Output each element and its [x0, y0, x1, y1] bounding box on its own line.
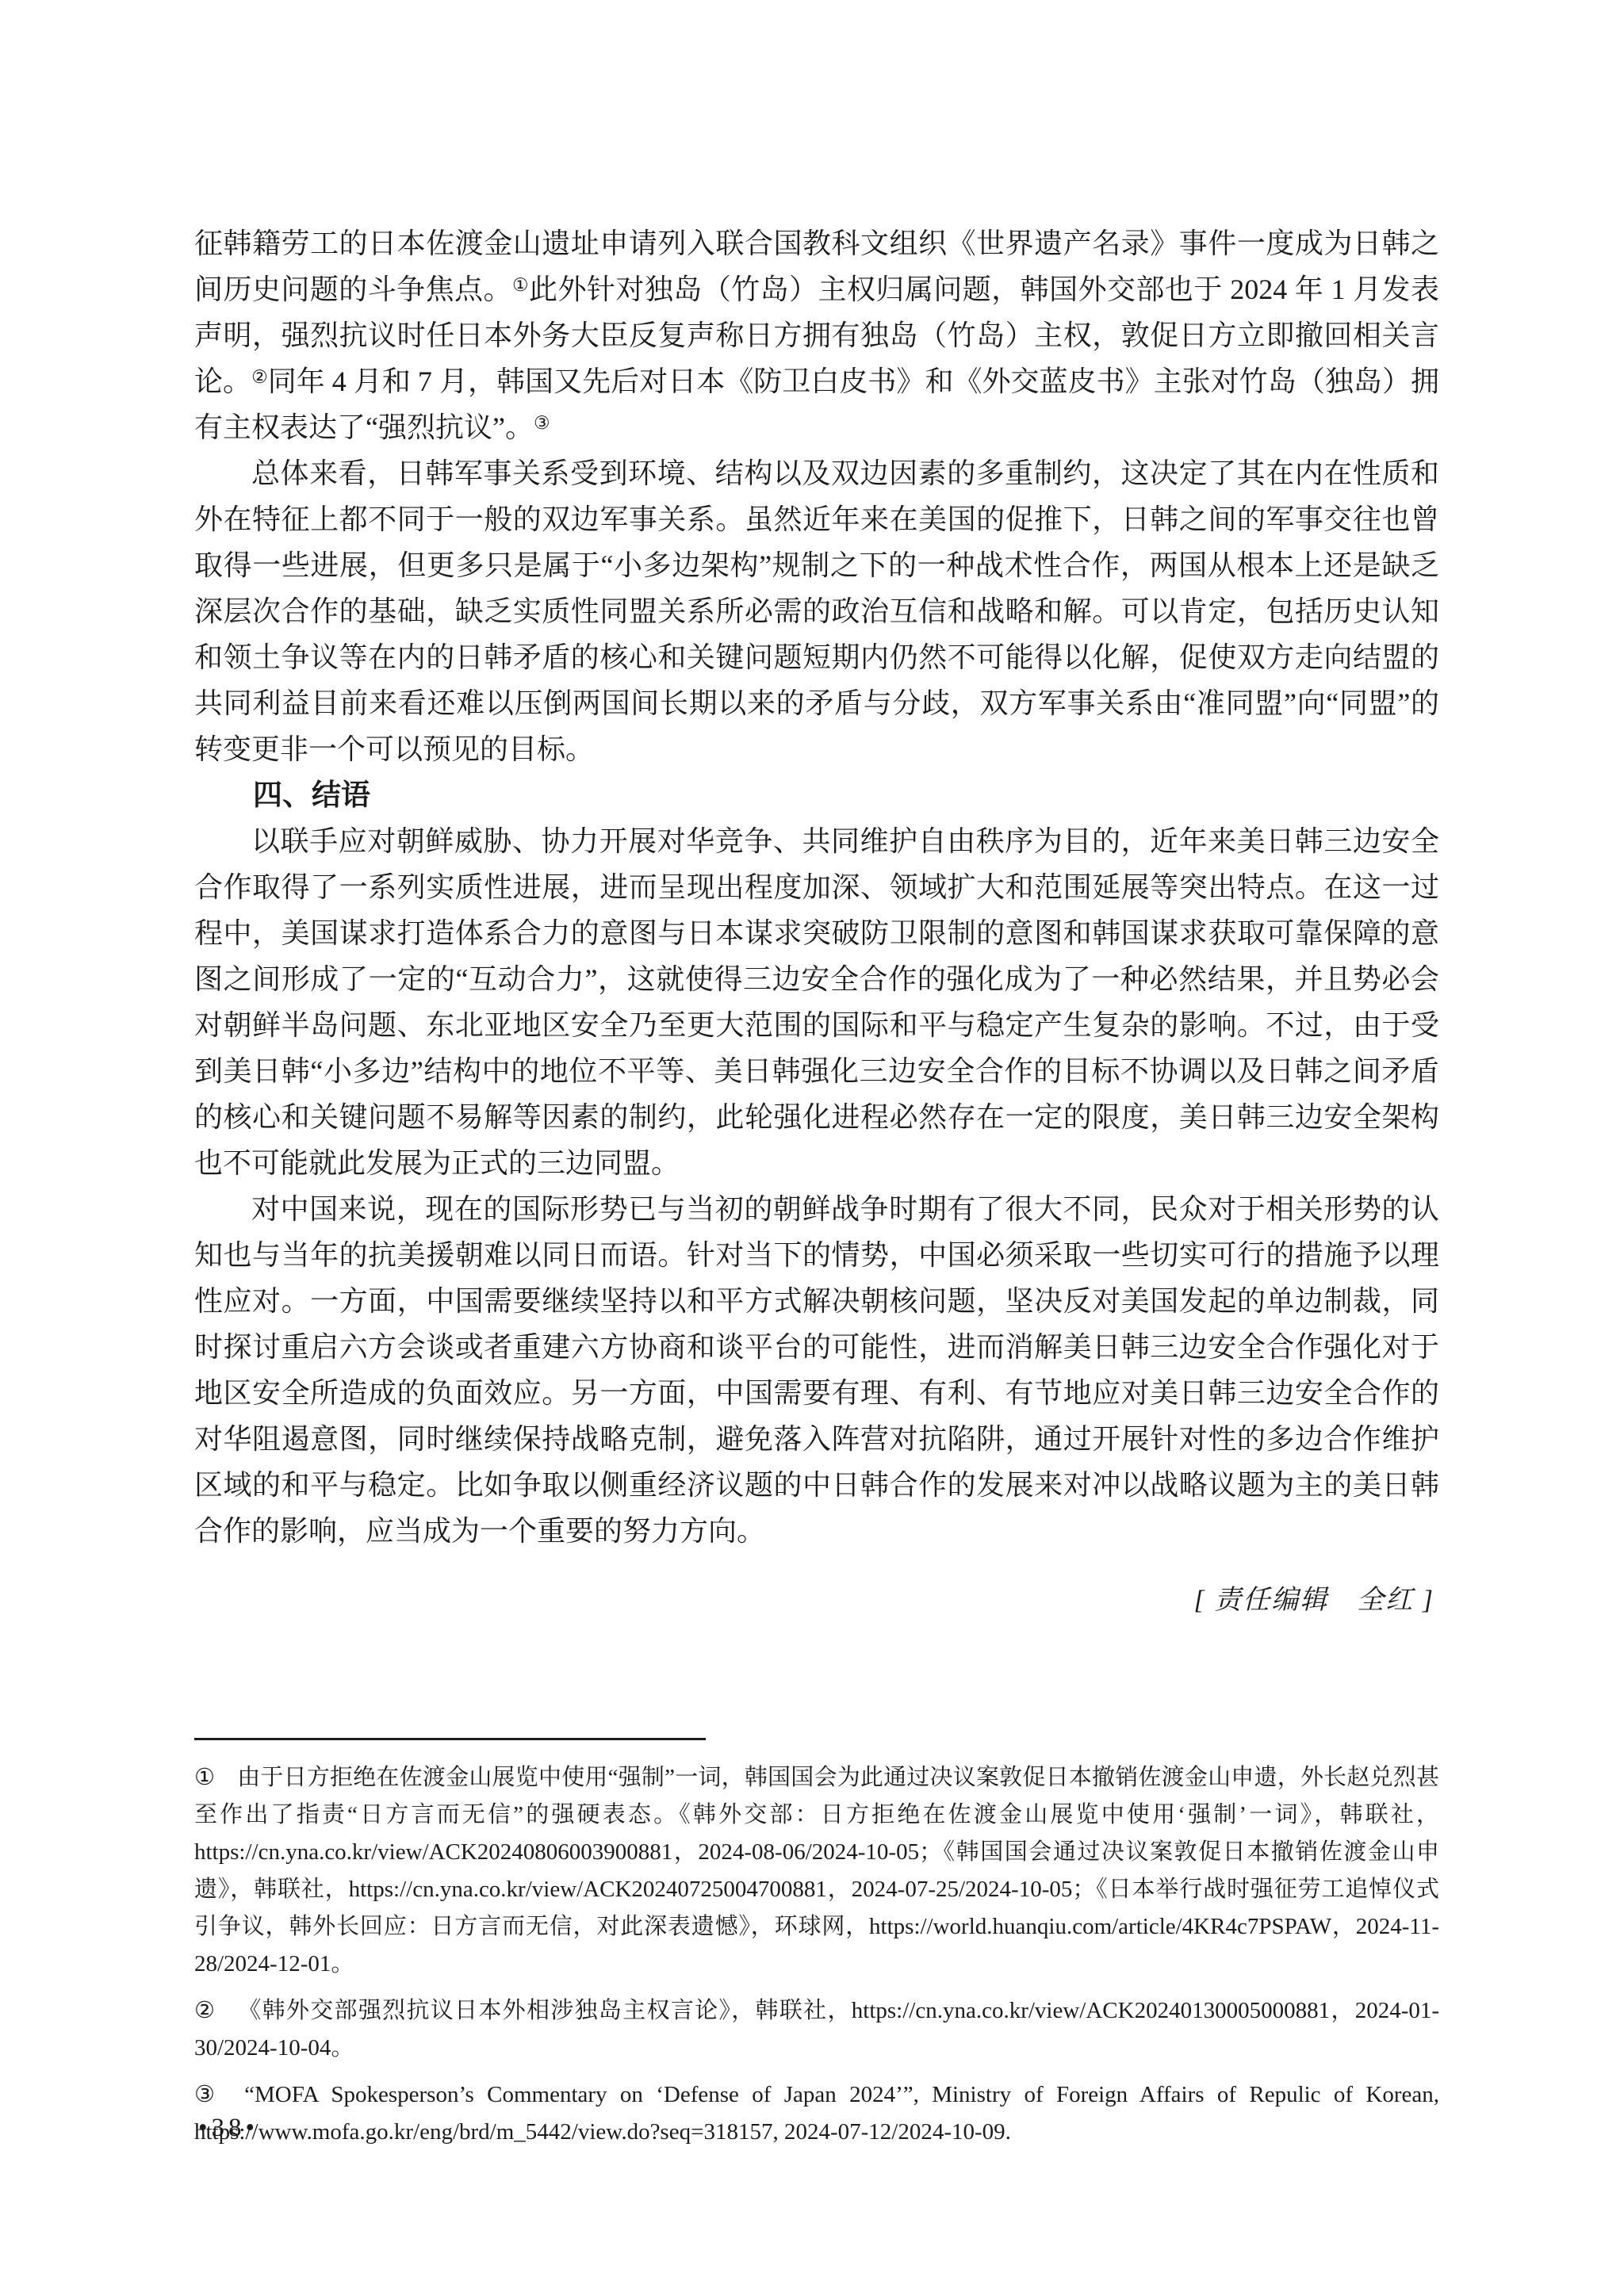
- journal-page: 征韩籍劳工的日本佐渡金山遗址申请列入联合国教科文组织《世界遗产名录》事件一度成为…: [0, 0, 1624, 2296]
- footnote-divider: [194, 1738, 706, 1740]
- paragraph-2: 总体来看，日韩军事关系受到环境、结构以及双边因素的多重制约，这决定了其在内在性质…: [194, 450, 1439, 772]
- footnote-2-text: 《韩外交部强烈抗议日本外相涉独岛主权言论》，韩联社，https://cn.yna…: [194, 1998, 1439, 2061]
- footnote-ref-3: ③: [534, 413, 550, 433]
- footnote-ref-1: ①: [512, 275, 529, 295]
- section-heading: 四、结语: [194, 772, 1439, 818]
- footnote-2: ②《韩外交部强烈抗议日本外相涉独岛主权言论》，韩联社，https://cn.yn…: [194, 1992, 1439, 2067]
- footnote-3: ③“MOFA Spokesperson’s Commentary on ‘Def…: [194, 2076, 1439, 2151]
- footnotes-section: ①由于日方拒绝在佐渡金山展览中使用“强制”一词，韩国国会为此通过决议案敦促日本撤…: [194, 1738, 1439, 2160]
- footnote-ref-2: ②: [251, 367, 268, 387]
- footnote-3-marker: ③: [194, 2082, 222, 2107]
- footnote-1-marker: ①: [194, 1765, 215, 1790]
- paragraph-1: 征韩籍劳工的日本佐渡金山遗址申请列入联合国教科文组织《世界遗产名录》事件一度成为…: [194, 220, 1439, 450]
- footnote-3-text: “MOFA Spokesperson’s Commentary on ‘Defe…: [194, 2082, 1439, 2145]
- article-body: 征韩籍劳工的日本佐渡金山遗址申请列入联合国教科文组织《世界遗产名录》事件一度成为…: [194, 220, 1439, 1624]
- editor-credit: [ 责任编辑 全红 ]: [194, 1578, 1439, 1624]
- paragraph-4: 对中国来说，现在的国际形势已与当初的朝鲜战争时期有了很大不同，民众对于相关形势的…: [194, 1186, 1439, 1554]
- paragraph-1-text: 同年 4 月和 7 月，韩国又先后对日本《防卫白皮书》和《外交蓝皮书》主张对竹岛…: [194, 365, 1439, 443]
- page-number: •38•: [198, 2114, 259, 2143]
- footnote-1: ①由于日方拒绝在佐渡金山展览中使用“强制”一词，韩国国会为此通过决议案敦促日本撤…: [194, 1759, 1439, 1983]
- footnote-2-marker: ②: [194, 1998, 216, 2023]
- footnote-1-text: 由于日方拒绝在佐渡金山展览中使用“强制”一词，韩国国会为此通过决议案敦促日本撤销…: [194, 1765, 1439, 1976]
- paragraph-3: 以联手应对朝鲜威胁、协力开展对华竞争、共同维护自由秩序为目的，近年来美日韩三边安…: [194, 818, 1439, 1186]
